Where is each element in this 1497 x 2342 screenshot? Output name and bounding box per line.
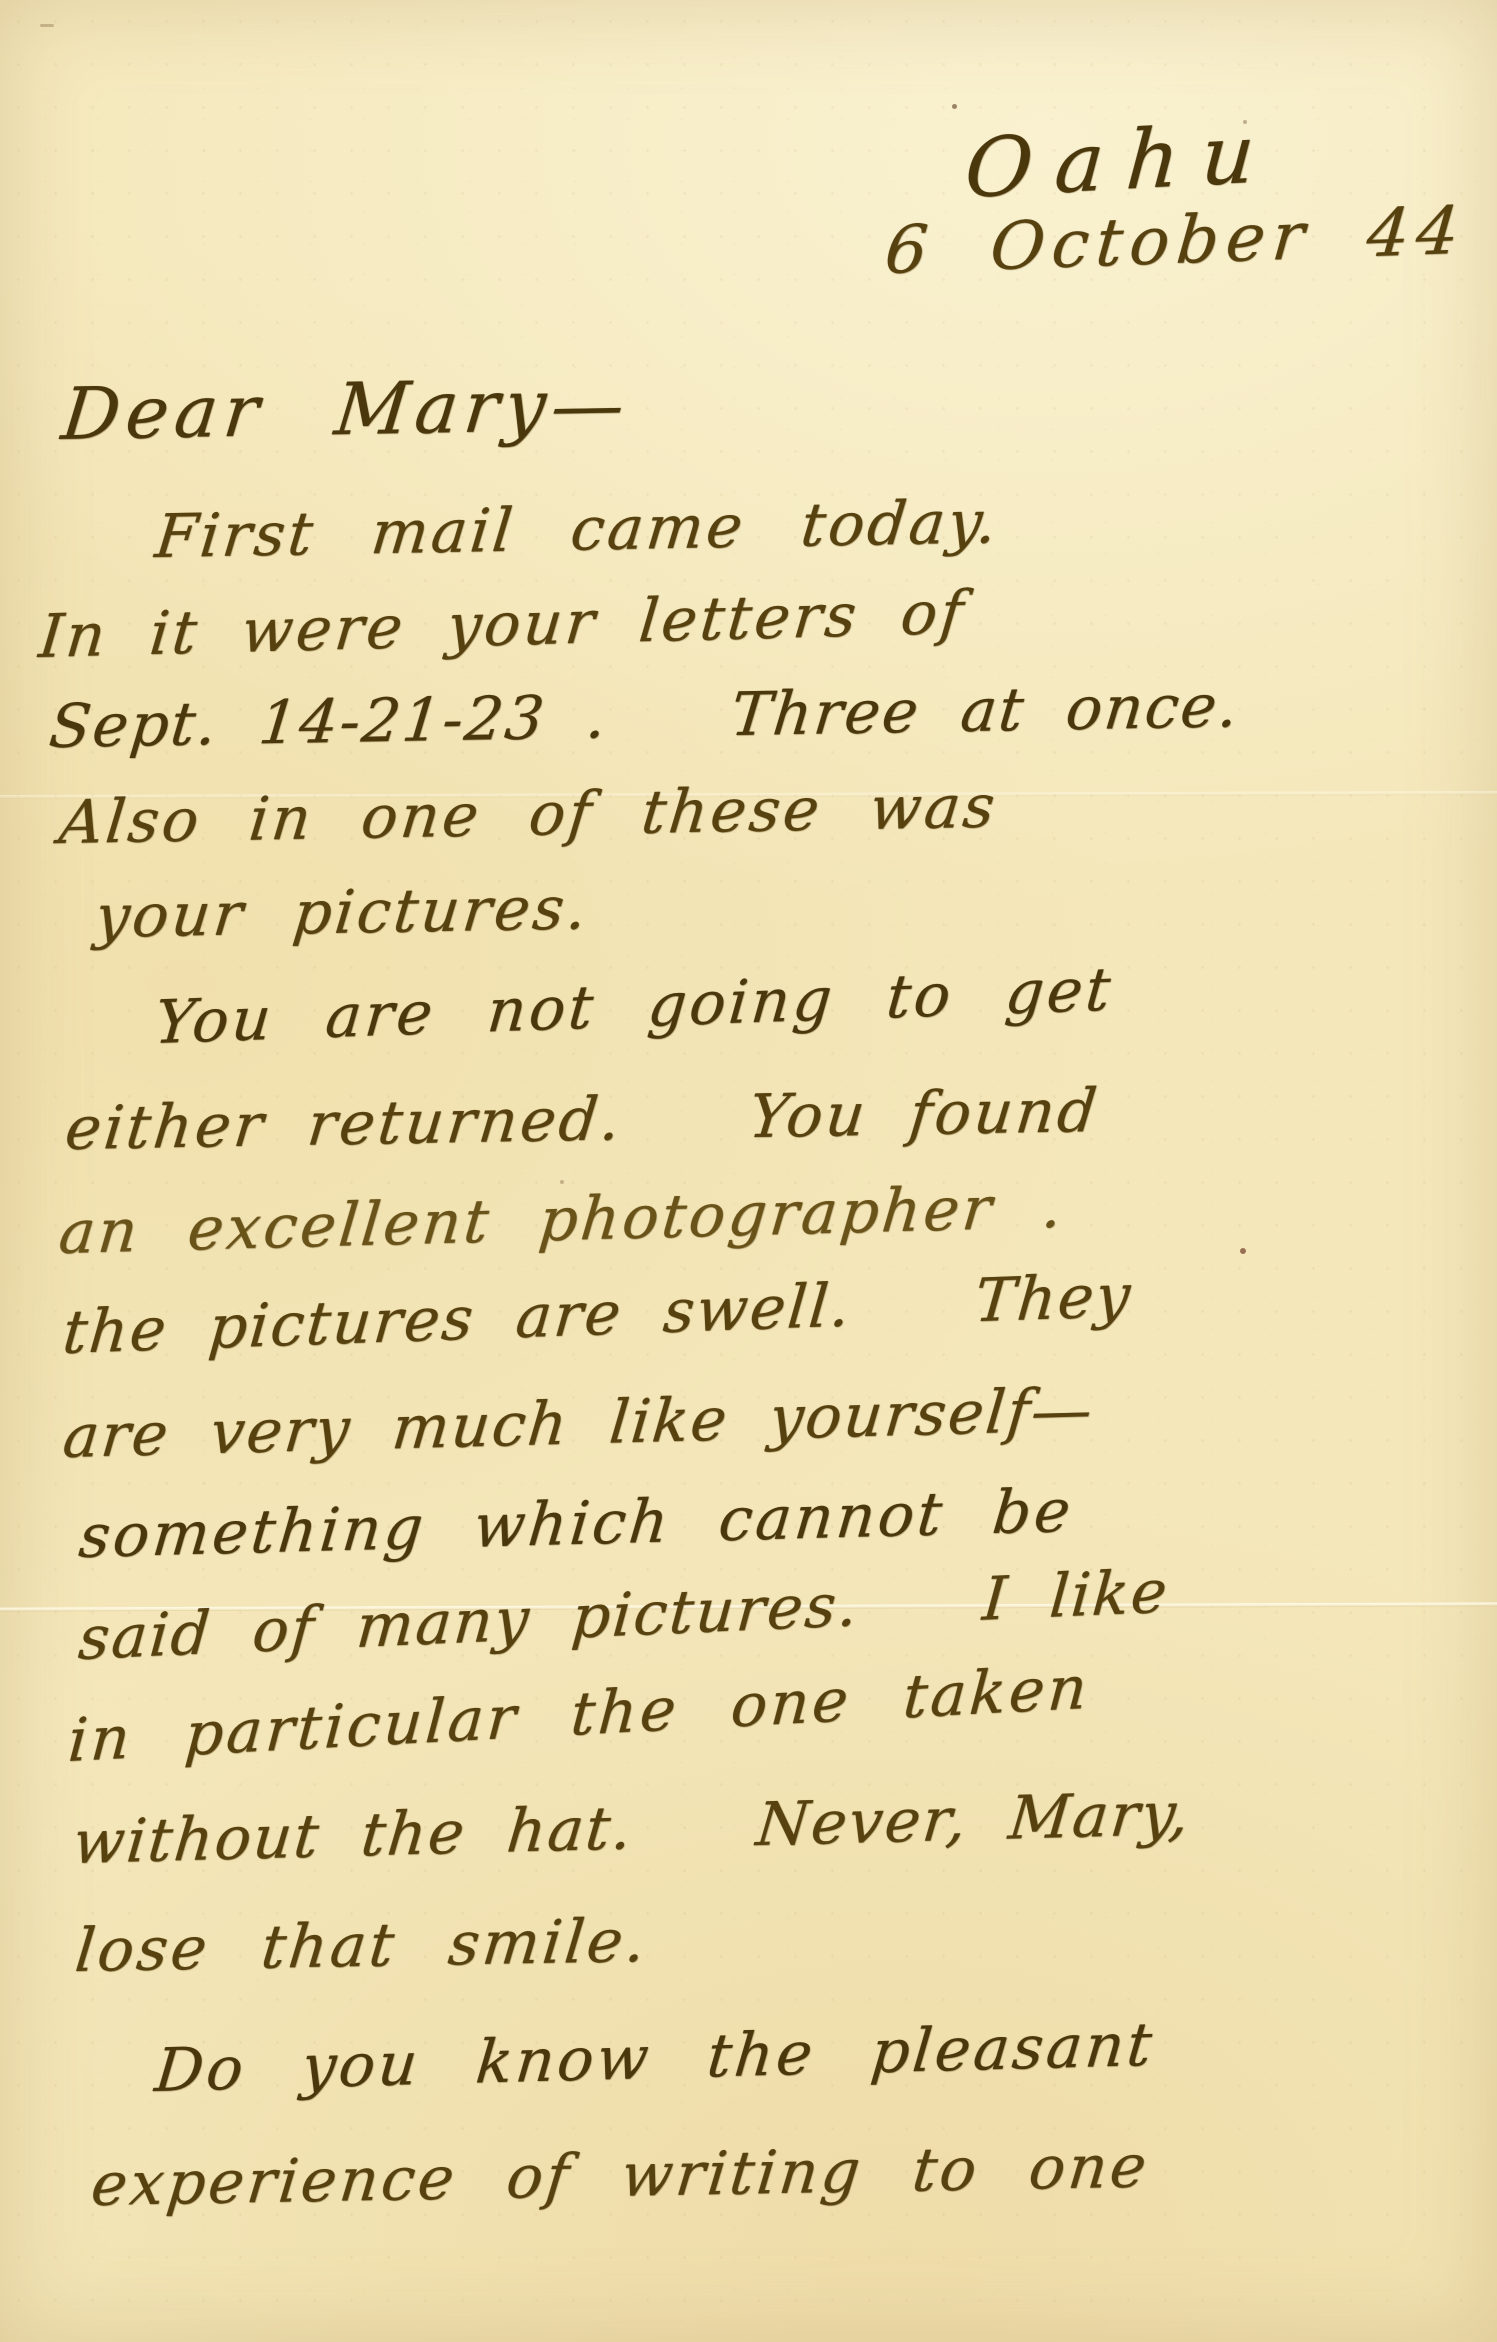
letter-line-8: an excellent photographer . <box>56 1172 1068 1268</box>
letter-page: Oahu 6 October 44 Dear Mary— First mail … <box>0 0 1497 2342</box>
letter-line-10: are very much like yourself— <box>60 1375 1097 1472</box>
paper-speck <box>560 1180 564 1184</box>
letter-line-5: your pictures. <box>92 873 593 952</box>
letter-line-17: experience of writing to one <box>88 2132 1153 2220</box>
letter-line-3: Sept. 14-21-23 . Three at once. <box>46 671 1243 762</box>
letter-line-6: You are not going to get <box>152 955 1116 1058</box>
letter-line-15: lose that smile. <box>72 1906 652 1986</box>
letter-line-1: First mail came today. <box>152 487 1003 572</box>
letter-line-11: something which cannot be <box>76 1476 1076 1572</box>
paper-texture <box>0 0 1497 2342</box>
paper-speck <box>952 104 957 109</box>
letter-line-7: either returned. You found <box>62 1076 1103 1164</box>
letter-line-14: without the hat. Never, Mary, <box>70 1779 1194 1878</box>
letter-line-2: In it were your letters of <box>36 578 969 672</box>
letter-line-4: Also in one of these was <box>56 772 1001 858</box>
letter-line-16: Do you know the pleasant <box>152 2010 1158 2106</box>
letter-salutation: Dear Mary— <box>58 362 634 456</box>
paper-speck <box>40 24 54 27</box>
paper-speck <box>1240 1248 1246 1254</box>
letter-line-13: in particular the one taken <box>66 1653 1092 1776</box>
letter-line-9: the pictures are swell. They <box>60 1261 1135 1368</box>
